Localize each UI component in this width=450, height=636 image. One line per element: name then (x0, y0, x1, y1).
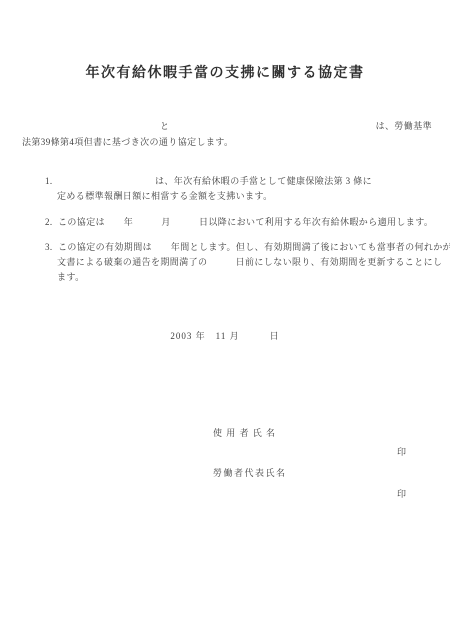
clause-3-line-1: この協定の有効期間は 年間とします。但し、有効期間満了後においても當事者の何れか… (58, 243, 450, 252)
intro-right-text: は、勞働基準 (376, 122, 432, 131)
agreement-document-page: 年次有給休暇手當の支拂に關する協定書 と は、勞働基準 法第39條第4項但書に基… (0, 0, 450, 636)
document-title: 年次有給休暇手當の支拂に關する協定書 (0, 62, 450, 82)
worker-representative-name-label: 勞働者代表氏名 (213, 466, 287, 479)
clause-1-line-2: 定める標準報酬日額に相當する金額を支拂います。 (57, 192, 272, 201)
clause-2-number: 2. (45, 218, 53, 227)
clause-3-line-2: 文書による破棄の通告を期間満了の 日前にしない限り、有効期間を更新することにし (57, 258, 442, 267)
worker-representative-seal-mark: 印 (397, 487, 406, 500)
employer-seal-mark: 印 (397, 445, 406, 458)
clause-1-line-1: は、年次有給休暇の手當として健康保險法第 3 條に (155, 177, 372, 186)
intro-legal-basis-line: 法第39條第4項但書に基づき次の通り協定します。 (22, 138, 233, 147)
clause-3-number: 3. (45, 243, 53, 252)
clause-2-line-1: この協定は 年 月 日以降において利用する年次有給休暇から適用します。 (58, 218, 433, 227)
employer-name-label: 使 用 者 氏 名 (213, 426, 276, 439)
intro-party-connector: と (160, 122, 169, 131)
agreement-date: 2003 年 11 月 日 (0, 329, 450, 342)
clause-3-line-3: ます。 (57, 273, 84, 282)
clause-1-number: 1. (45, 177, 53, 186)
